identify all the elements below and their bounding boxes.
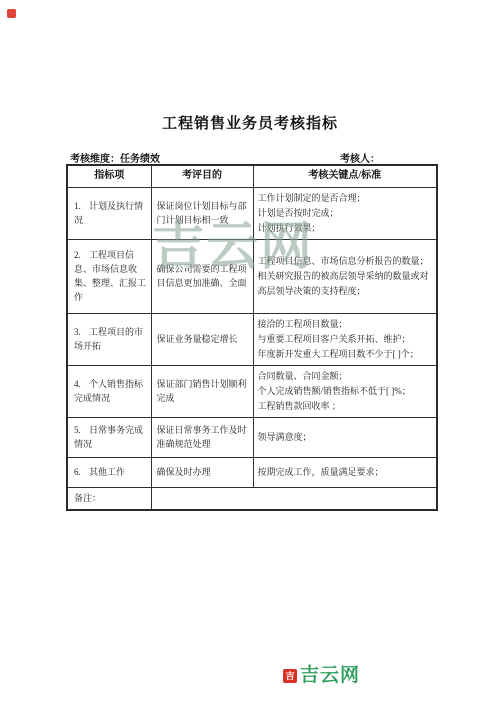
red-corner-watermark-icon — [7, 9, 16, 18]
table-row: 3.工程项目的市场开拓 保证业务量稳定增长 接洽的工程项目数量；与重要工程项目客… — [67, 313, 437, 365]
purpose-cell: 确保公司需要的工程项目信息更加准确、全面 — [151, 239, 253, 313]
standards-cell: 领导满意度； — [253, 417, 437, 457]
standards-cell: 按期完成工作，质量满足要求； — [253, 457, 437, 487]
standards-cell: 合同数量、合同金额；个人完成销售额/销售指标不低于[ ]%；工程销售款回收率 ； — [253, 365, 437, 417]
standard-line: 与重要工程项目客户关系开拓、维护； — [258, 332, 433, 347]
standard-line: 工程项目信息、市场信息分析报告的数量； — [258, 254, 433, 269]
remarks-label-cell: 备注： — [67, 487, 151, 510]
remarks-empty-cell — [151, 487, 437, 510]
table-row: 6.其他工作 确保及时办理 按期完成工作，质量满足要求； — [67, 457, 437, 487]
purpose-cell: 保证岗位计划目标与部门计划目标相一致 — [151, 187, 253, 239]
row-number: 4. — [74, 377, 89, 391]
standards-cell: 工程项目信息、市场信息分析报告的数量；相关研究报告的被高层领导采纳的数量或对高层… — [253, 239, 437, 313]
indicator-item-text: 其他工作 — [89, 467, 125, 477]
table-row: 1.计划及执行情况 保证岗位计划目标与部门计划目标相一致 工作计划制定的是否合理… — [67, 187, 437, 239]
bottom-watermark-text: 吉云网 — [300, 666, 360, 685]
header-evaluation-purpose: 考评目的 — [151, 165, 253, 187]
kpi-table: 指标项 考评目的 考核关键点/标准 1.计划及执行情况 保证岗位计划目标与部门计… — [66, 164, 438, 511]
indicator-item-cell: 4.个人销售指标完成情况 — [67, 365, 151, 417]
assessor-label: 考核人： — [340, 150, 380, 165]
table-row: 5.日常事务完成情况 保证日常事务工作及时准确规范处理 领导满意度； — [67, 417, 437, 457]
purpose-cell: 保证业务量稳定增长 — [151, 313, 253, 365]
document-page: 工程销售业务员考核指标 考核维度：任务绩效 考核人： 指标项 考评目的 考核关键… — [0, 0, 500, 708]
row-number: 6. — [74, 465, 89, 479]
standards-cell: 接洽的工程项目数量；与重要工程项目客户关系开拓、维护；年度新开发重大工程项目数不… — [253, 313, 437, 365]
standard-line: 年度新开发重大工程项目数不少于[ ]个； — [258, 347, 433, 362]
standard-line: 工作计划制定的是否合理； — [258, 191, 433, 206]
standard-line: 计划是否按时完成； — [258, 206, 433, 221]
indicator-item-cell: 3.工程项目的市场开拓 — [67, 313, 151, 365]
remarks-row: 备注： — [67, 487, 437, 510]
row-number: 3. — [74, 325, 89, 339]
standard-line: 相关研究报告的被高层领导采纳的数量或对高层领导决策的支持程度； — [258, 269, 433, 299]
watermark-logo-icon: 吉 — [283, 669, 297, 683]
bottom-watermark: 吉 吉云网 — [283, 666, 360, 685]
purpose-cell: 保证日常事务工作及时准确规范处理 — [151, 417, 253, 457]
standard-line: 个人完成销售额/销售指标不低于[ ]%； — [258, 384, 433, 399]
indicator-item-cell: 5.日常事务完成情况 — [67, 417, 151, 457]
table-row: 4.个人销售指标完成情况 保证部门销售计划顺利完成 合同数量、合同金额；个人完成… — [67, 365, 437, 417]
header-key-points-standards: 考核关键点/标准 — [253, 165, 437, 187]
assessment-dimension-label: 考核维度：任务绩效 — [70, 150, 160, 165]
standard-line: 工程销售款回收率 ； — [258, 399, 433, 414]
page-title: 工程销售业务员考核指标 — [0, 112, 500, 133]
indicator-item-cell: 2.工程项目信息、市场信息收集、整理、汇报工作 — [67, 239, 151, 313]
standard-line: 合同数量、合同金额； — [258, 369, 433, 384]
standards-cell: 工作计划制定的是否合理；计划是否按时完成；计划执行效果； — [253, 187, 437, 239]
indicator-item-cell: 1.计划及执行情况 — [67, 187, 151, 239]
standard-line: 计划执行效果； — [258, 221, 433, 236]
row-number: 5. — [74, 423, 89, 437]
standard-line: 领导满意度； — [258, 430, 433, 445]
purpose-cell: 保证部门销售计划顺利完成 — [151, 365, 253, 417]
indicator-item-cell: 6.其他工作 — [67, 457, 151, 487]
purpose-cell: 确保及时办理 — [151, 457, 253, 487]
table-row: 2.工程项目信息、市场信息收集、整理、汇报工作 确保公司需要的工程项目信息更加准… — [67, 239, 437, 313]
standard-line: 按期完成工作，质量满足要求； — [258, 465, 433, 480]
row-number: 2. — [74, 248, 89, 262]
row-number: 1. — [74, 199, 89, 213]
standard-line: 接洽的工程项目数量； — [258, 317, 433, 332]
table-header-row: 指标项 考评目的 考核关键点/标准 — [67, 165, 437, 187]
header-indicator-item: 指标项 — [67, 165, 151, 187]
